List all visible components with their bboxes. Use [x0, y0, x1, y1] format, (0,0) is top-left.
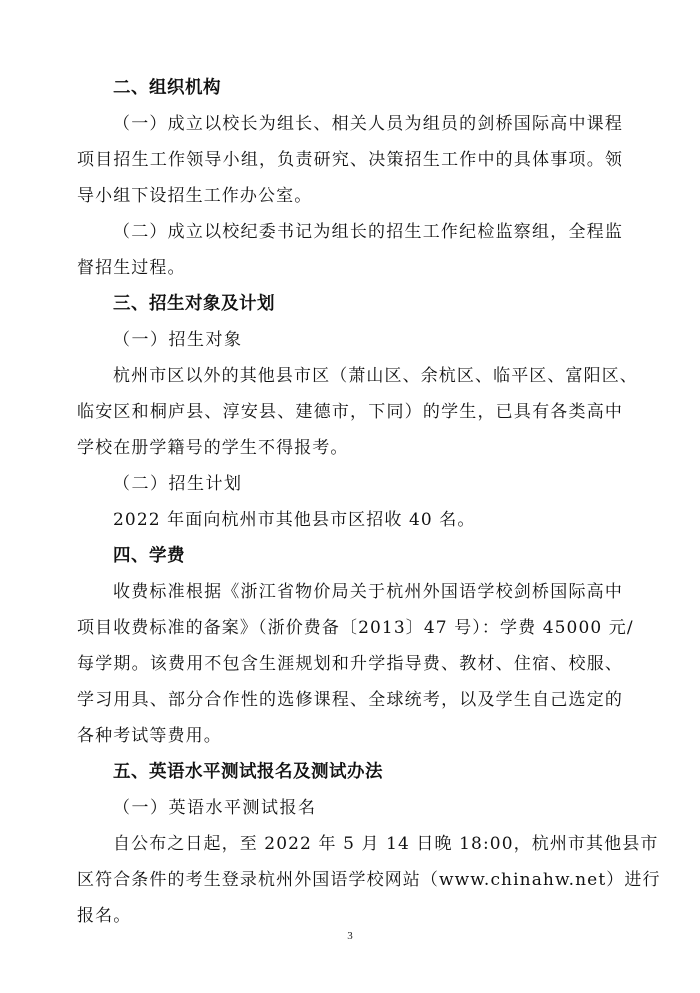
- paragraph-line: 每学期。该费用不包含生涯规划和升学指导费、教材、住宿、校服、: [77, 646, 623, 682]
- paragraph-line: 收费标准根据《浙江省物价局关于杭州外国语学校剑桥国际高中: [113, 574, 623, 610]
- paragraph-line: （二）成立以校纪委书记为组长的招生工作纪检监察组，全程监: [113, 214, 623, 250]
- section-heading-enrollment: 三、招生对象及计划: [113, 286, 659, 322]
- paragraph-line: 自公布之日起，至 2022 年 5 月 14 日晚 18:00，杭州市其他县市: [113, 826, 623, 862]
- subsection-heading-plan: （二）招生计划: [113, 466, 659, 502]
- section-heading-tuition: 四、学费: [113, 538, 659, 574]
- paragraph-line: 区符合条件的考生登录杭州外国语学校网站（www.chinahw.net）进行: [77, 862, 623, 898]
- document-page: 二、组织机构 （一）成立以校长为组长、相关人员为组员的剑桥国际高中课程 项目招生…: [0, 0, 700, 993]
- subsection-heading-target: （一）招生对象: [113, 322, 659, 358]
- paragraph-line: 项目收费标准的备案》（浙价费备〔2013〕47 号）：学费 45000 元/: [77, 610, 623, 646]
- subsection-heading-registration: （一）英语水平测试报名: [113, 790, 659, 826]
- paragraph-line: 导小组下设招生工作办公室。: [77, 178, 623, 214]
- paragraph-line: （一）成立以校长为组长、相关人员为组员的剑桥国际高中课程: [113, 106, 623, 142]
- paragraph-line: 各种考试等费用。: [77, 718, 623, 754]
- paragraph-line: 项目招生工作领导小组，负责研究、决策招生工作中的具体事项。领: [77, 142, 623, 178]
- paragraph-line: 杭州市区以外的其他县市区（萧山区、余杭区、临平区、富阳区、: [113, 358, 623, 394]
- page-number: 3: [340, 930, 360, 942]
- paragraph-line: 临安区和桐庐县、淳安县、建德市，下同）的学生，已具有各类高中: [77, 394, 623, 430]
- paragraph-line: 督招生过程。: [77, 250, 623, 286]
- section-heading-organization: 二、组织机构: [113, 70, 659, 106]
- paragraph-line: 学习用具、部分合作性的选修课程、全球统考，以及学生自己选定的: [77, 682, 623, 718]
- paragraph-line: 2022 年面向杭州市其他县市区招收 40 名。: [113, 502, 623, 538]
- paragraph-line: 学校在册学籍号的学生不得报考。: [77, 430, 623, 466]
- paragraph-line: 报名。: [77, 898, 623, 934]
- section-heading-english-test: 五、英语水平测试报名及测试办法: [113, 754, 659, 790]
